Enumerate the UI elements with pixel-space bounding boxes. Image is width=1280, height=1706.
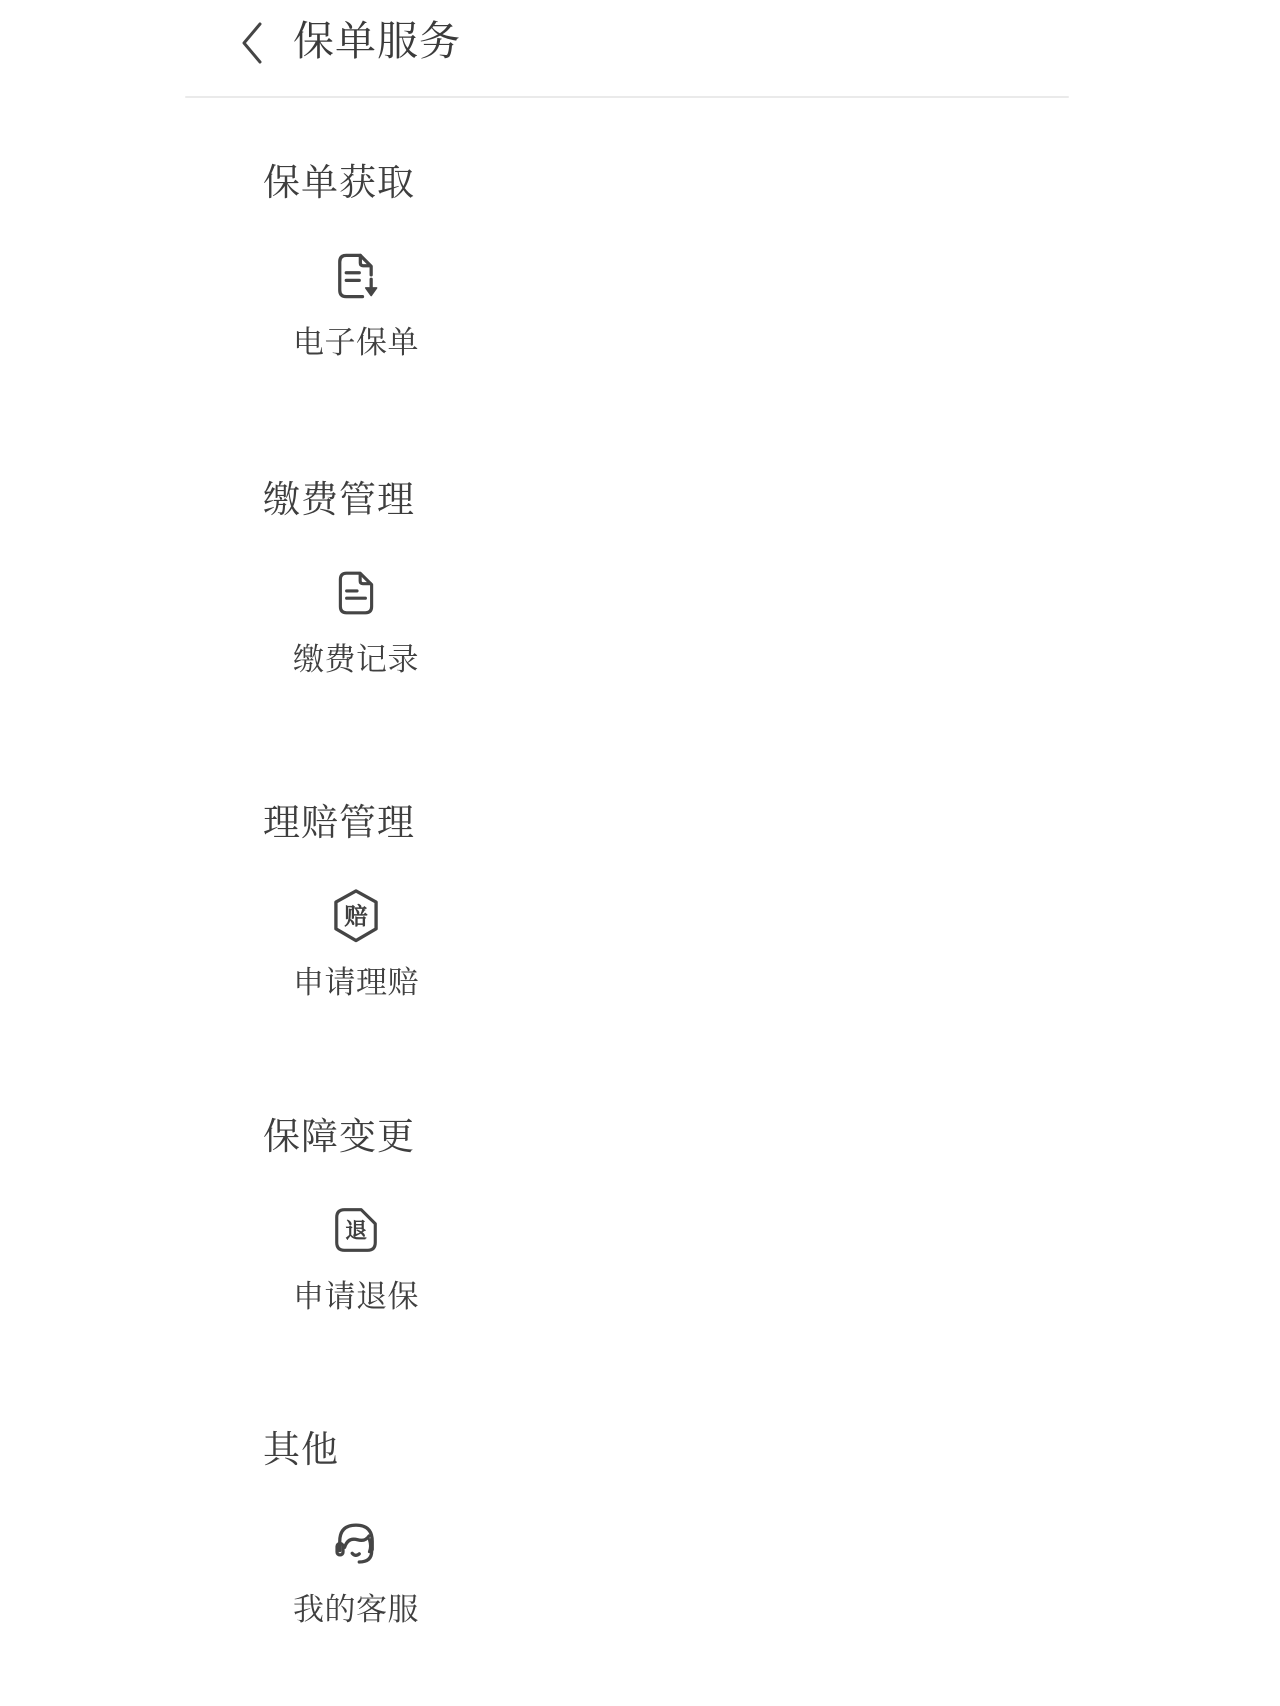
section-title: 缴费管理: [263, 480, 963, 521]
service-item-label: 申请退保: [293, 1279, 419, 1315]
claim-glyph: 赔: [344, 903, 368, 929]
service-item-electronic-policy[interactable]: 电子保单: [286, 247, 426, 361]
service-item-label: 电子保单: [293, 325, 419, 361]
policy-service-screen: 保单服务 保单获取 电子保单 缴费管理: [0, 0, 1280, 1706]
section-coverage-change: 保障变更 退 申请退保: [263, 1117, 963, 1327]
customer-service-icon: [326, 1514, 386, 1572]
back-button[interactable]: [226, 12, 278, 76]
document-download-icon: [326, 247, 386, 305]
service-item-apply-surrender[interactable]: 退 申请退保: [286, 1201, 426, 1315]
service-item-apply-claim[interactable]: 赔 申请理赔: [286, 887, 426, 1001]
service-item-label: 缴费记录: [293, 642, 419, 678]
service-item-label: 申请理赔: [293, 965, 419, 1001]
service-item-label: 我的客服: [293, 1592, 419, 1628]
page-title: 保单服务: [293, 18, 461, 65]
document-lines-icon: [326, 564, 386, 622]
chevron-left-icon: [239, 20, 265, 69]
section-other: 其他 我的客服: [263, 1430, 963, 1640]
section-title: 其他: [263, 1430, 963, 1471]
section-policy-acquisition: 保单获取 电子保单: [263, 163, 963, 373]
refund-glyph: 退: [345, 1218, 367, 1243]
service-item-my-customer-service[interactable]: 我的客服: [286, 1514, 426, 1628]
section-title: 保单获取: [263, 163, 963, 204]
section-title: 保障变更: [263, 1117, 963, 1158]
header-divider: [185, 96, 1069, 98]
badge-refund-icon: 退: [326, 1201, 386, 1259]
section-title: 理赔管理: [263, 803, 963, 844]
section-payment-management: 缴费管理 缴费记录: [263, 480, 963, 690]
service-item-payment-records[interactable]: 缴费记录: [286, 564, 426, 678]
hexagon-claim-icon: 赔: [326, 887, 386, 945]
section-claims-management: 理赔管理 赔 申请理赔: [263, 803, 963, 1013]
header: 保单服务: [0, 0, 1280, 96]
